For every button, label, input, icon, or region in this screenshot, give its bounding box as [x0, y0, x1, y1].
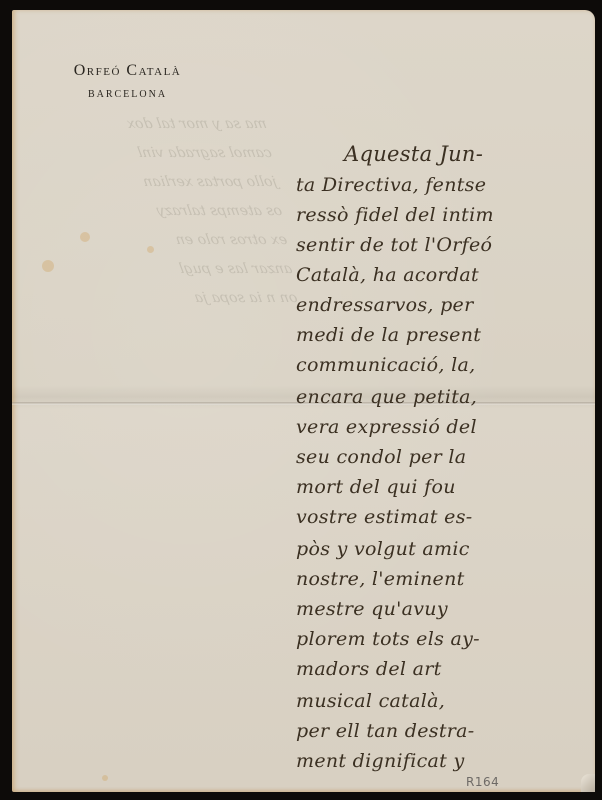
text-line: pòs y volgut amic	[296, 538, 470, 560]
bleed-through-text: ma sa y mor tal dox camol sagrada vinl j…	[34, 110, 300, 313]
text-line: medi de la present	[296, 324, 481, 346]
text-line: encara que petita,	[296, 386, 477, 408]
foxing-stain	[102, 775, 108, 781]
text-line: Català, ha acordat	[296, 264, 479, 286]
text-line: plorem tots els ay-	[296, 628, 480, 650]
text-line: mort del qui fou	[296, 476, 456, 498]
text-line: seu condol per la	[296, 446, 466, 468]
letterhead-city: BARCELONA	[40, 89, 215, 100]
letterhead-title: Orfeó Català	[40, 62, 215, 80]
bleed-line: anzar las e pugl	[60, 255, 295, 284]
text-line: per ell tan destra-	[296, 720, 475, 742]
curled-corner	[581, 774, 595, 792]
bleed-line: camol sagrada vinl	[39, 139, 274, 168]
text-line: nostre, l'eminent	[296, 568, 465, 590]
bleed-line: on n ia sopa ja	[65, 284, 300, 313]
text-line: communicació, la,	[296, 354, 475, 376]
text-line: ta Directiva, fentse	[296, 174, 486, 196]
text-line: musical català,	[296, 690, 445, 712]
text-line: sentir de tot l'Orfeó	[296, 234, 492, 256]
text-line: endressarvos, per	[296, 294, 473, 316]
text-line: ment dignificat y	[296, 750, 464, 772]
foxing-stain	[42, 260, 54, 272]
bleed-line: ma sa y mor tal dox	[34, 110, 269, 139]
letterhead: Orfeó Català BARCELONA	[40, 62, 215, 100]
bleed-line: os atemps talrazy	[49, 197, 284, 226]
bleed-line: jollo portas xerlian	[44, 168, 279, 197]
text-line: ressò fidel del intim	[296, 204, 494, 226]
text-line: Aquesta Jun-	[344, 142, 483, 166]
text-line: madors del art	[296, 658, 442, 680]
bleed-line: ex otros rolo en	[55, 226, 290, 255]
text-line: vostre estimat es-	[296, 506, 472, 528]
text-line: vera expressió del	[296, 416, 477, 438]
text-line: mestre qu'avuy	[296, 598, 448, 620]
archive-reference-mark: R164	[466, 775, 499, 789]
